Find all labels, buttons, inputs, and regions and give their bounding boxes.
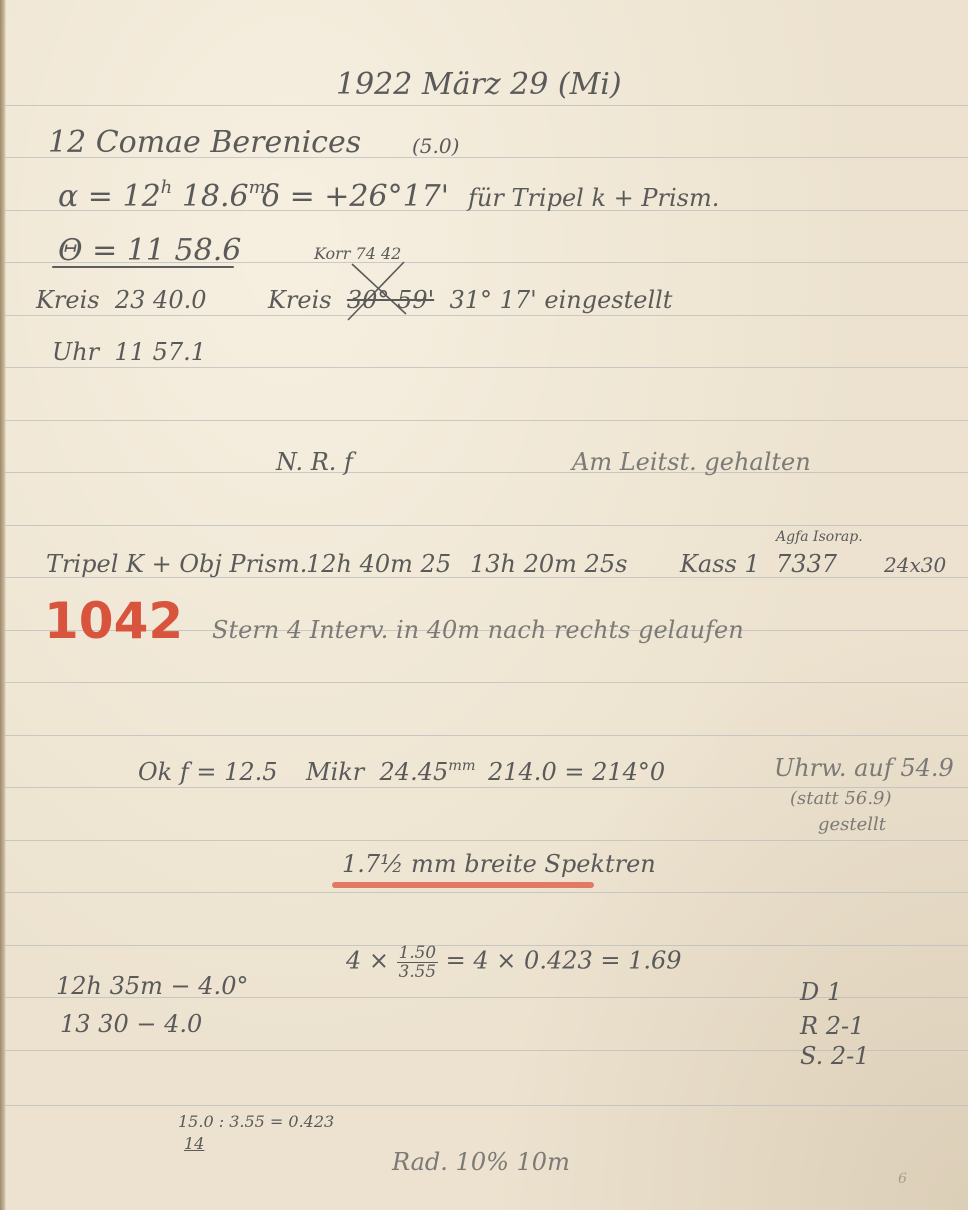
sidereal-time-underline	[52, 266, 234, 268]
notebook-page: 1922 März 29 (Mi) 12 Comae Berenices (5.…	[0, 0, 968, 1210]
exposure-start: 12h 40m 25	[306, 552, 451, 576]
exposure-end: 13h 20m 25s	[470, 552, 627, 576]
clock-reading: Uhr 11 57.1	[52, 340, 206, 364]
nrf-label: N. R. f	[276, 450, 353, 474]
time-temp-row-2: 13 30 − 4.0	[60, 1012, 202, 1036]
ruled-line	[4, 367, 968, 368]
scale-row-r: R 2-1	[800, 1014, 864, 1038]
spectra-width-note: 1.7½ mm breite Spektren	[342, 852, 656, 876]
cassette-label: Kass 1	[680, 552, 760, 576]
kreis-reading: Kreis 23 40.0	[36, 288, 206, 312]
fraction: 1.50 3.55	[397, 944, 438, 980]
plate-size: 24x30	[884, 555, 946, 575]
ruled-line	[4, 1105, 968, 1106]
ruled-line	[4, 735, 968, 736]
scale-row-s: S. 2-1	[800, 1044, 870, 1068]
plate-number: 7337	[776, 552, 837, 576]
red-underline	[332, 882, 594, 888]
clock-note-line-3: gestellt	[818, 816, 886, 834]
right-ascension: α = 12h 18.6m	[58, 182, 266, 212]
ratio-calculation: 15.0 : 3.55 = 0.423	[178, 1114, 334, 1130]
guiding-note: Am Leitst. gehalten	[572, 450, 811, 474]
ocular-focal: Ok f = 12.5	[138, 760, 278, 784]
ruled-line	[4, 682, 968, 683]
ruled-line	[4, 472, 968, 473]
kreis-setting: Kreis 30° 59' 31° 17' eingestellt	[268, 288, 672, 312]
sidereal-time: Θ = 11 58.6	[58, 236, 241, 266]
declination: δ = +26°17'	[262, 182, 449, 212]
ruled-line	[4, 892, 968, 893]
clock-note-line-1: Uhrw. auf 54.9	[774, 756, 954, 780]
plate-id-red: 1042	[44, 596, 183, 646]
micrometer-reading: Mikr 24.45mm	[306, 760, 476, 784]
cross-out-mark-icon	[342, 256, 412, 326]
plate-type: Agfa Isorap.	[776, 530, 863, 544]
object-name: 12 Comae Berenices	[48, 128, 361, 158]
entry-date: 1922 März 29 (Mi)	[336, 70, 622, 100]
width-calculation: 4 × 1.50 3.55 = 4 × 0.423 = 1.69	[346, 944, 682, 980]
clock-note-line-2: (statt 56.9)	[790, 790, 892, 808]
page-binding-edge	[0, 0, 6, 1210]
corner-page-number: 6	[898, 1172, 907, 1186]
object-magnitude: (5.0)	[412, 136, 459, 156]
instrument-note: Tripel K + Obj Prism.	[46, 552, 307, 576]
footer-note: Rad. 10% 10m	[392, 1150, 570, 1174]
purpose-note: für Tripel k + Prism.	[468, 186, 719, 210]
ruled-line	[4, 525, 968, 526]
drift-note: Stern 4 Interv. in 40m nach rechts gelau…	[212, 618, 744, 642]
ruled-line	[4, 420, 968, 421]
time-temp-row-1: 12h 35m − 4.0°	[56, 974, 248, 998]
ruled-line	[4, 105, 968, 106]
angle-reading: 214.0 = 214°0	[488, 760, 665, 784]
scale-row-d: D 1	[800, 980, 842, 1004]
ruled-line	[4, 840, 968, 841]
ratio-subnote: 14	[184, 1136, 204, 1152]
ruled-line	[4, 315, 968, 316]
